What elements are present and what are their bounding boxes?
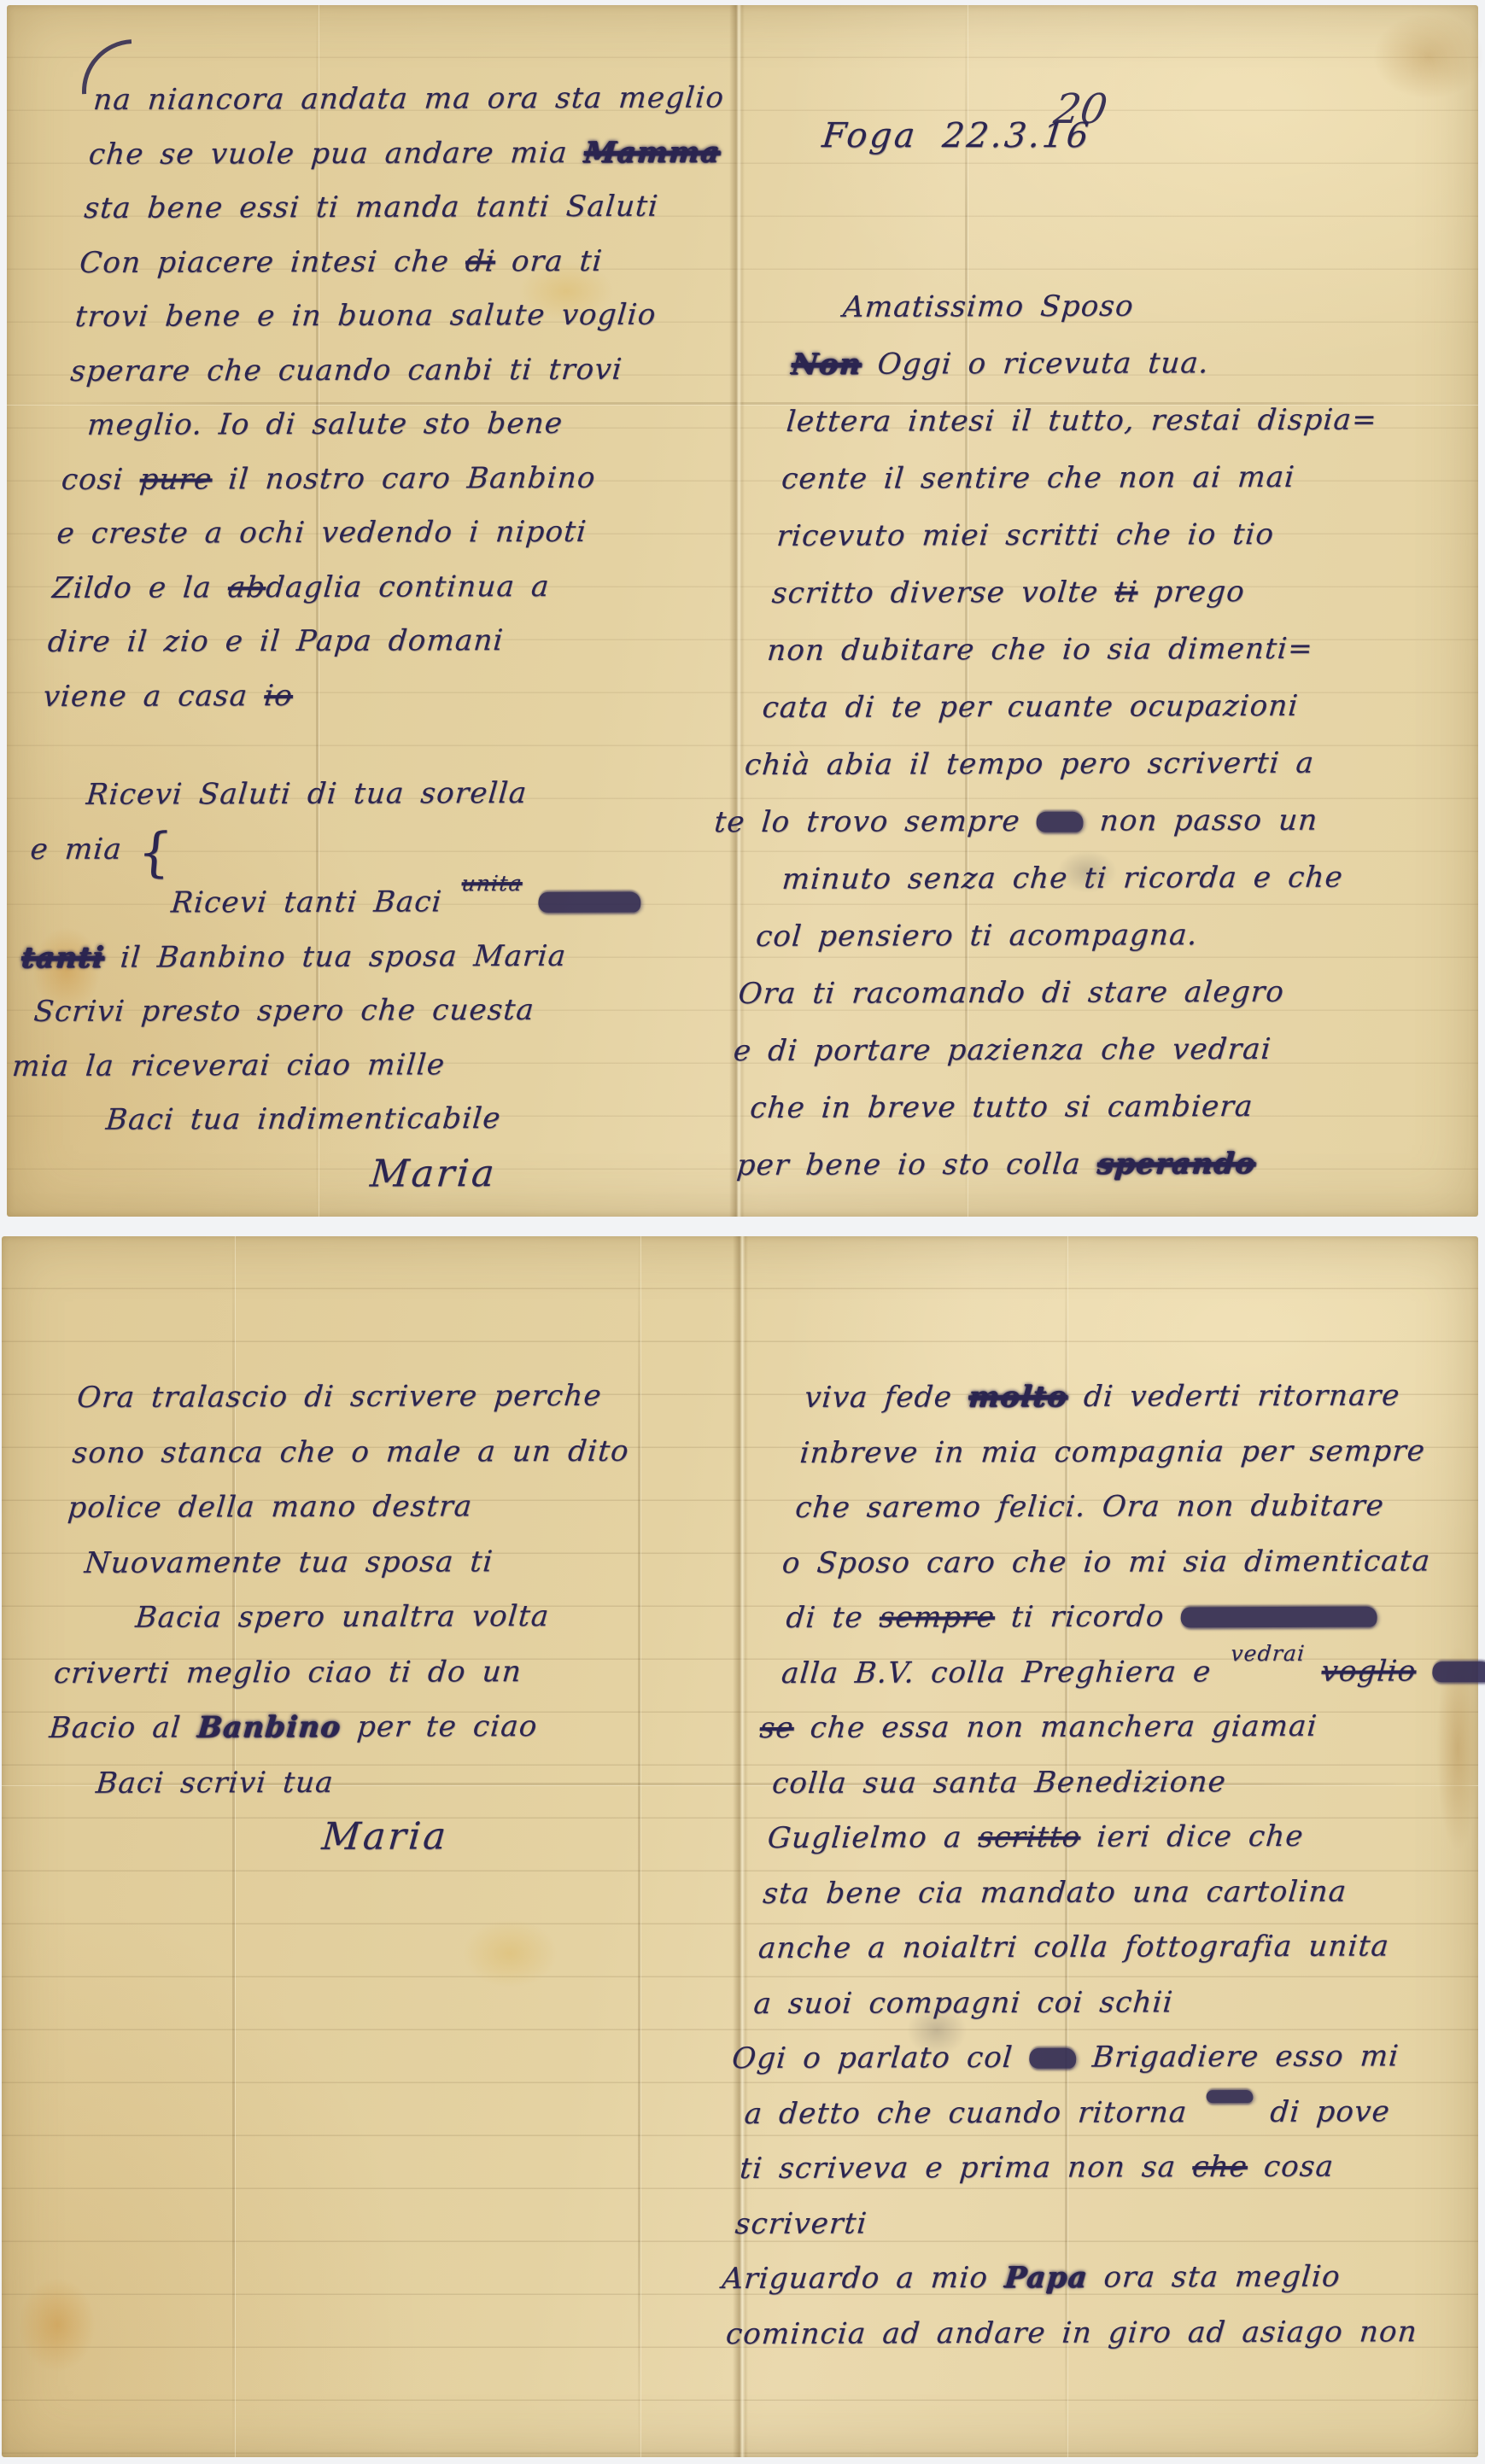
handwritten-line: viene a casa io (41, 668, 682, 724)
handwritten-text: sperare che cuando canbi ti trovi (69, 352, 624, 388)
scanned-letter-canvas: na niancora andata ma ora sta meglioche … (0, 0, 1485, 2464)
handwritten-text: Ricevi tanti Baci (170, 885, 444, 920)
handwritten-line: Ora ti racomando di stare alegro (736, 963, 1416, 1023)
handwritten-line: o Sposo caro che io mi sia dimenticata (780, 1533, 1464, 1591)
handwritten-text: Mamma (582, 135, 722, 170)
handwritten-text: ab (226, 570, 267, 604)
handwritten-line: Baci scrivi tua (94, 1754, 710, 1811)
handwritten-line: Ora tralascio di scrivere perche (75, 1368, 742, 1425)
handwritten-line: cata di te per cuante ocupazioni (760, 677, 1440, 737)
handwritten-line: Maria (319, 1808, 704, 1865)
handwritten-text: Bacia spero unaltra volta (134, 1599, 551, 1635)
handwritten-text: colla sua santa Benedizione (771, 1765, 1228, 1801)
handwritten-text: Con piacere intesi che (79, 244, 451, 280)
ink-scribble (1028, 2048, 1077, 2069)
handwritten-text: sempre (878, 1600, 997, 1634)
ink-scribble (538, 891, 642, 912)
handwritten-line: comincia ad andare in giro ad asiago non (723, 2304, 1399, 2362)
handwritten-text: Maria (369, 1151, 499, 1195)
handwritten-text: che essa non manchera giamai (809, 1709, 1318, 1745)
handwritten-text: cosi (60, 462, 125, 496)
handwritten-line: a detto che cuando ritorna di pove (742, 2084, 1418, 2141)
handwritten-text: di pove (1269, 2094, 1392, 2128)
handwritten-line: Amatissimo Sposo (840, 277, 1473, 336)
handwritten-text: ora sta meglio (1102, 2260, 1342, 2295)
handwritten-text: Scrivi presto spero che cuesta (32, 993, 536, 1029)
ink-scribble (1036, 812, 1085, 832)
handwritten-text: di te (785, 1601, 865, 1635)
handwritten-text: ti (1114, 575, 1139, 610)
handwritten-text: lettera intesi il tutto, restai dispia= (785, 403, 1378, 439)
handwritten-text: dire il zio e il Papa domani (46, 623, 505, 659)
handwritten-text: trovi bene e in buona salute voglio (73, 298, 658, 334)
handwriting-block: Amatissimo SposoNon Oggi o ricevuta tua.… (722, 277, 1473, 1194)
handwritten-line: meglio. Io di salute sto bene (85, 396, 705, 453)
handwritten-line: police della mano destra (66, 1478, 733, 1535)
handwritten-text: o Sposo caro che io mi sia dimenticata (781, 1544, 1432, 1580)
handwritten-text: e creste a ochi vedendo i nipoti (56, 515, 588, 551)
handwritten-text: alla B.V. colla Preghiera e (781, 1655, 1213, 1690)
handwritten-text: che in breve tutto si cambiera (749, 1089, 1254, 1125)
handwritten-text: daglia continua a (265, 569, 552, 604)
handwritten-line: Bacia spero unaltra volta (133, 1588, 723, 1645)
handwritten-text: scritto diverse volte (770, 575, 1100, 610)
handwritten-text: sta bene essi ti manda tanti Saluti (83, 190, 660, 225)
handwritten-line: inbreve in mia compagnia per sempre (798, 1423, 1473, 1480)
handwritten-text: cosa (1262, 2150, 1335, 2184)
handwritten-line: colla sua santa Benedizione (770, 1754, 1446, 1811)
handwritten-line: Baci tua indimenticabile (103, 1091, 646, 1147)
handwritten-text: Guglielmo a (766, 1820, 963, 1855)
ink-scribble (1431, 1661, 1485, 1682)
handwritten-text: Maria (320, 1814, 450, 1859)
handwritten-line: scriverti (733, 2194, 1408, 2251)
handwritten-text: Ora tralascio di scrivere perche (76, 1379, 604, 1415)
ink-scribble (1206, 2089, 1254, 2102)
handwritten-text: che saremo felici. Ora non dubitare (794, 1489, 1386, 1525)
handwritten-line: ricevuto miei scritti che io tio (775, 505, 1454, 565)
handwritten-text: di (464, 244, 496, 278)
handwritten-text: mia la riceverai ciao mille (11, 1048, 447, 1083)
handwritten-text: scriverti (734, 2206, 868, 2241)
handwritten-text: minuto senza che ti ricorda e che (781, 861, 1344, 896)
handwritten-text: { (136, 820, 176, 883)
handwritten-line: trovi bene e in buona salute voglio (73, 288, 714, 344)
paper-stain (463, 1919, 557, 1988)
handwritten-line: sono stanca che o male a un dito (70, 1423, 737, 1480)
handwritten-text: Amatissimo Sposo (842, 289, 1136, 324)
handwritten-line: di te sempre ti ricordo (784, 1588, 1459, 1645)
handwritten-text: se (758, 1711, 795, 1745)
handwritten-text: Zildo e la (51, 570, 213, 605)
handwritten-line: Bacio al Banbino per te ciao (47, 1698, 714, 1755)
handwritten-text: non dubitare che io sia dimenti= (766, 632, 1315, 668)
handwritten-text: Banbino (196, 1710, 342, 1745)
handwritten-line: e di portare pazienza che vedrai (731, 1020, 1411, 1080)
handwritten-text: cata di te per cuante ocupazioni (761, 689, 1300, 725)
handwriting-block: viva fede molto di vederti ritornareinbr… (723, 1368, 1477, 2362)
handwritten-text: e di portare pazienza che vedrai (732, 1032, 1272, 1068)
handwritten-text: te lo trovo sempre (713, 804, 1022, 839)
handwritten-line: Ricevi tanti Baci unita (169, 874, 665, 931)
handwritten-text: meglio. Io di salute sto bene (86, 406, 564, 442)
handwritten-text: voglio (1320, 1654, 1418, 1688)
handwritten-line: Con piacere intesi che di ora ti (78, 234, 719, 290)
handwritten-line: che saremo felici. Ora non dubitare (793, 1478, 1469, 1535)
handwritten-line: sperare che cuando canbi ti trovi (68, 342, 710, 399)
handwritten-line: na niancora andata ma ora sta meglio (91, 71, 733, 127)
handwritten-text: ora ti (511, 243, 605, 277)
handwritten-line: sta bene essi ti manda tanti Saluti (82, 179, 723, 236)
handwritten-text: na niancora andata ma ora sta meglio (92, 80, 726, 117)
handwritten-text: unita (460, 871, 523, 896)
handwritten-line: ti scriveva e prima non sa che cosa (738, 2139, 1413, 2196)
handwritten-text: io (263, 678, 295, 712)
handwritten-text: Oggi o ricevuta tua. (876, 346, 1211, 381)
handwritten-line: a suoi compagni coi schii (751, 1974, 1427, 2031)
handwritten-text: anche a noialtri colla fottografia unita (757, 1929, 1390, 1965)
handwritten-text: che se vuole pua andare mia (87, 136, 569, 172)
handwritten-line: Ariguardo a mio Papa ora sta meglio (720, 2249, 1404, 2306)
handwritten-text: di vederti ritornare (1082, 1379, 1401, 1414)
handwritten-text: chià abia il tempo pero scriverti a (744, 746, 1316, 782)
handwritten-line: Ricevi Saluti di tua sorella (84, 766, 674, 822)
handwritten-line: e mia { (28, 820, 669, 877)
handwritten-line: te lo trovo sempre non passo un (712, 791, 1430, 851)
handwritten-line: cente il sentire che non ai mai (779, 448, 1459, 508)
handwritten-text: Baci tua indimenticabile (104, 1101, 502, 1137)
handwritten-line: Non Oggi o ricevuta tua. (789, 334, 1469, 394)
letter-sheet-top: na niancora andata ma ora sta meglioche … (7, 5, 1478, 1217)
handwritten-text: a suoi compagni coi schii (752, 1985, 1175, 2021)
handwritten-text: scritto (977, 1820, 1082, 1854)
handwritten-line: e creste a ochi vedendo i nipoti (55, 505, 696, 561)
handwritten-text: ricevuto miei scritti che io tio (775, 517, 1276, 553)
page-top-right: 20 Foga 22.3.16 Amatissimo SposoNon Oggi… (798, 50, 1473, 1194)
handwritten-text: ieri dice che (1096, 1819, 1306, 1854)
handwritten-line: viva fede molto di vederti ritornare (803, 1368, 1478, 1425)
handwritten-line: anche a noialtri colla fottografia unita (756, 1918, 1431, 1976)
handwritten-line: Scrivi presto spero che cuesta (32, 983, 656, 1039)
handwritten-text: sono stanca che o male a un dito (71, 1433, 630, 1469)
handwritten-text: per te ciao (355, 1709, 539, 1744)
handwritten-text: col pensiero ti acompagna. (755, 918, 1200, 954)
handwritten-text: criverti meglio ciao ti do un (53, 1655, 523, 1690)
handwritten-line: che in breve tutto si cambiera (748, 1077, 1406, 1137)
paper-stain (19, 2278, 96, 2372)
handwritten-line: minuto senza che ti ricorda e che (780, 849, 1425, 908)
handwritten-text: viva fede (804, 1380, 954, 1415)
ink-scribble (1180, 1607, 1378, 1628)
handwritten-text: Nuovamente tua sposa ti (83, 1544, 494, 1580)
handwritten-line: Guglielmo a scritto ieri dice che (765, 1808, 1441, 1866)
handwritten-line: tanti il Banbino tua sposa Maria (19, 929, 660, 985)
handwritten-text: prego (1153, 575, 1247, 609)
handwritten-text: Ora ti racomando di stare alegro (737, 975, 1286, 1011)
handwritten-text: Brigadiere esso mi (1091, 2039, 1401, 2074)
handwritten-text: ti ricordo (1009, 1599, 1166, 1634)
handwritten-text: Bacio al (48, 1710, 183, 1745)
page-bottom-left: Ora tralascio di scrivere perchesono sta… (79, 1362, 741, 1866)
handwritten-line: chià abia il tempo pero scriverti a (742, 734, 1435, 794)
handwritten-text: cente il sentire che non ai mai (781, 460, 1296, 496)
handwritten-text: Baci scrivi tua (95, 1765, 336, 1800)
handwritten-text: comincia ad andare in giro ad asiago non (725, 2315, 1419, 2351)
handwritten-text: sperando (1096, 1147, 1257, 1182)
handwritten-line: alla B.V. colla Preghiera e vedrai vogli… (779, 1644, 1454, 1701)
handwritten-text: il Banbino tua sposa Maria (119, 938, 568, 974)
handwritten-text: per bene io sto colla (735, 1147, 1082, 1182)
handwritten-line: se che essa non manchera giamai (757, 1698, 1450, 1755)
handwritten-line: mia la riceverai ciao mille (10, 1037, 652, 1094)
handwritten-line: sta bene cia mandato una cartolina (761, 1864, 1436, 1921)
handwritten-text: Ariguardo a mio (721, 2261, 990, 2296)
handwritten-line: lettera intesi il tutto, restai dispia= (784, 391, 1464, 451)
handwritten-text: viene a casa (42, 679, 249, 714)
handwriting-block: na niancora andata ma ora sta meglioche … (1, 71, 732, 1202)
handwritten-text: a detto che cuando ritorna (743, 2095, 1189, 2131)
handwritten-line: per bene io sto colla sperando (734, 1135, 1401, 1194)
handwritten-text: Non (790, 347, 862, 382)
handwritten-line: Nuovamente tua sposa ti (82, 1533, 728, 1591)
handwritten-text: il nostro caro Banbino (227, 460, 597, 496)
handwritten-text: Ricevi Saluti di tua sorella (85, 776, 529, 812)
handwritten-line: Zildo e la abdaglia continua a (50, 559, 692, 616)
letter-sheet-bottom: Ora tralascio di scrivere perchesono sta… (2, 1236, 1478, 2457)
handwritten-line: dire il zio e il Papa domani (45, 613, 687, 669)
handwritten-text: Ogi o parlato col (731, 2041, 1014, 2076)
handwriting-block: Ora tralascio di scrivere perchesono sta… (38, 1368, 741, 1866)
letter-dateline: Foga 22.3.16 (821, 116, 1476, 155)
handwritten-text: Papa (1003, 2261, 1090, 2295)
handwritten-line: cosi pure il nostro caro Banbino (59, 451, 700, 507)
handwritten-line: Maria (368, 1146, 641, 1201)
handwritten-text: molto (967, 1380, 1068, 1414)
handwritten-line: che se vuole pua andare mia Mamma (86, 126, 728, 182)
handwritten-text: inbreve in mia compagnia per sempre (798, 1433, 1427, 1470)
handwritten-text: sta bene cia mandato una cartolina (762, 1874, 1348, 1910)
handwritten-text: pure (138, 462, 213, 496)
handwritten-text: non passo un (1098, 803, 1319, 838)
handwritten-line: Ogi o parlato col Brigadiere esso mi (730, 2029, 1423, 2086)
handwritten-text: ti scriveva e prima non sa (739, 2150, 1178, 2186)
handwritten-line: col pensiero ti acompagna. (753, 906, 1420, 966)
handwritten-text: vedrai (1230, 1640, 1306, 1665)
page-top-left: na niancora andata ma ora sta meglioche … (96, 65, 732, 1202)
handwritten-text: e mia (29, 832, 124, 866)
handwritten-line: criverti meglio ciao ti do un (51, 1644, 718, 1701)
handwritten-text: police della mano destra (67, 1489, 474, 1525)
handwritten-line: non dubitare che io sia dimenti= (765, 620, 1445, 680)
handwritten-line: scritto diverse volte ti prego (769, 563, 1449, 622)
handwritten-text: tanti (20, 940, 105, 974)
page-bottom-right: viva fede molto di vederti ritornareinbr… (807, 1362, 1477, 2362)
handwritten-text: che (1191, 2150, 1249, 2184)
